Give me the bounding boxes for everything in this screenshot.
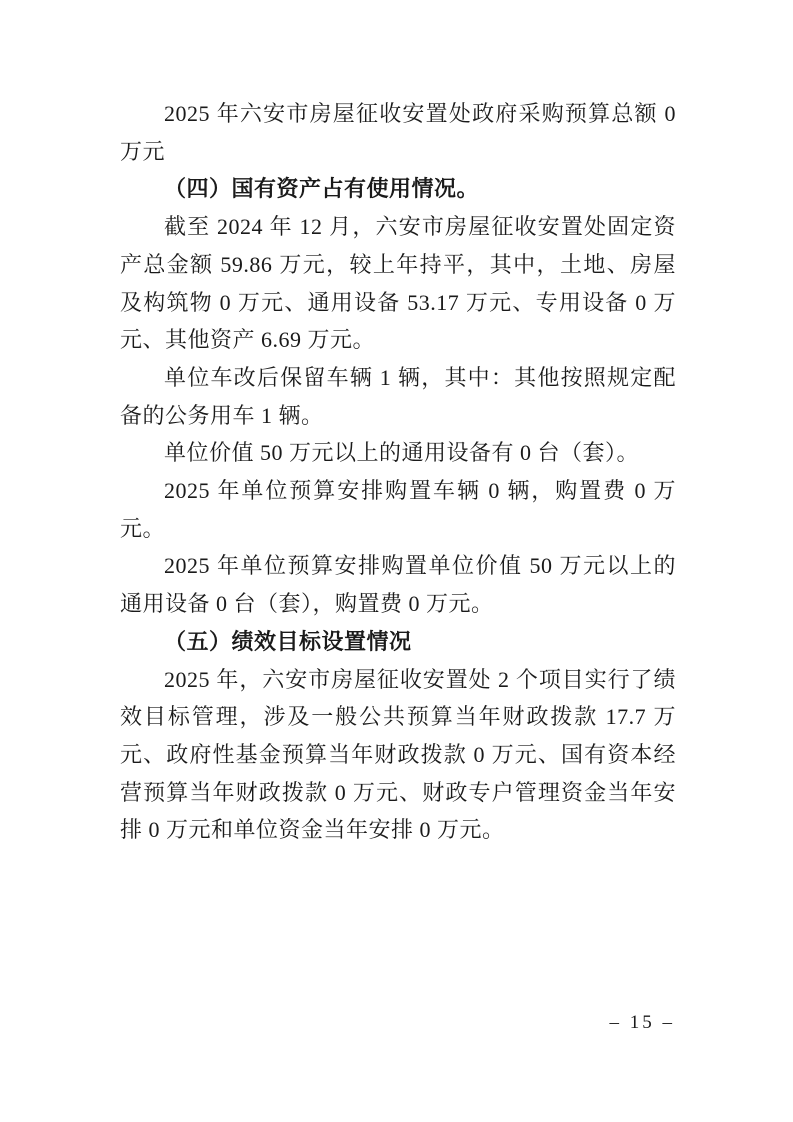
paragraph-fixed-assets: 截至 2024 年 12 月，六安市房屋征收安置处固定资产总金额 59.86 万…: [120, 208, 676, 359]
paragraph-performance-management: 2025 年，六安市房屋征收安置处 2 个项目实行了绩效目标管理，涉及一般公共预…: [120, 661, 676, 850]
section-heading-performance-targets: （五）绩效目标设置情况: [120, 623, 676, 661]
document-page: 2025 年六安市房屋征收安置处政府采购预算总额 0 万元 （四）国有资产占有使…: [0, 0, 793, 1122]
document-body: 2025 年六安市房屋征收安置处政府采购预算总额 0 万元 （四）国有资产占有使…: [120, 95, 676, 849]
page-number: – 15 –: [610, 1012, 676, 1034]
paragraph-equipment-over-50: 单位价值 50 万元以上的通用设备有 0 台（套）。: [120, 434, 676, 472]
paragraph-vehicle-purchase-budget: 2025 年单位预算安排购置车辆 0 辆，购置费 0 万元。: [120, 472, 676, 547]
paragraph-equipment-purchase-budget: 2025 年单位预算安排购置单位价值 50 万元以上的通用设备 0 台（套），购…: [120, 547, 676, 622]
paragraph-vehicles-retained: 单位车改后保留车辆 1 辆，其中：其他按照规定配备的公务用车 1 辆。: [120, 359, 676, 434]
section-heading-state-assets: （四）国有资产占有使用情况。: [120, 170, 676, 208]
paragraph-procurement-total: 2025 年六安市房屋征收安置处政府采购预算总额 0 万元: [120, 95, 676, 170]
